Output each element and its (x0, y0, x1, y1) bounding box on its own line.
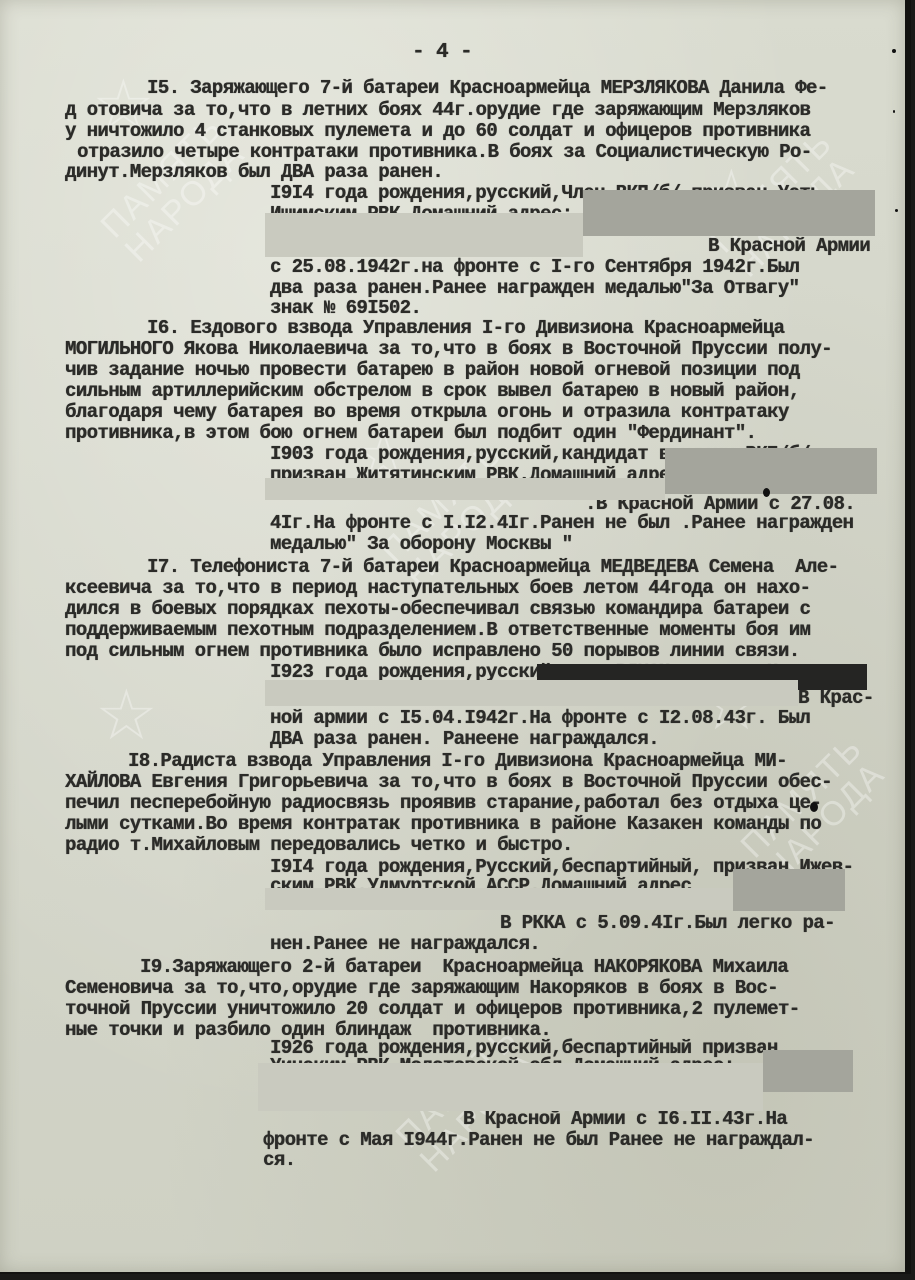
entry-line: отразило четыре контратаки противника.В … (77, 142, 812, 163)
bio-line: В РККА с 5.09.4Iг.Был легко ра- (500, 913, 835, 934)
bio-line: ДВА раза ранен. Ранеене награждался. (270, 729, 659, 750)
entry-line: I9.Заряжающего 2-й батареи Красноармейца… (140, 957, 788, 978)
bio-line: В Крас- (798, 688, 874, 709)
entry-line: I6. Ездового взвода Управления I-го Диви… (147, 318, 784, 339)
page-number: - 4 - (412, 42, 472, 63)
redacted-address (798, 664, 867, 690)
redacted-address (265, 680, 798, 706)
ink-speck (810, 802, 818, 812)
entry-line: I8.Радиста взвода Управления I-го Дивизи… (128, 751, 787, 772)
bio-line: нен.Ранее не награждался. (270, 934, 540, 955)
bio-line: В Красной Армии с I6.II.43г.На (463, 1109, 787, 1130)
entry-line: печил песперебойную радиосвязь проявив с… (65, 793, 821, 814)
redacted-address (665, 448, 877, 494)
entry-line: точной Пруссии уничтожило 20 солдат и оф… (65, 999, 800, 1020)
bio-line: знак № 69I502. (270, 298, 421, 319)
redacted-address (265, 888, 745, 910)
entry-line: чив задание ночью провести батарею в рай… (65, 360, 800, 381)
entry-line: Семеновича за то,что,орудие где заряжающ… (65, 978, 778, 999)
ink-speck (763, 488, 770, 497)
bio-line: ной армии с I5.04.I942г.На фронте с I2.0… (270, 708, 810, 729)
bio-line: два раза ранен.Ранее награжден медалью"З… (270, 278, 799, 299)
redacted-address (265, 478, 665, 500)
entry-line: д отовича за то,что в летних боях 44г.ор… (65, 100, 810, 121)
bio-line: 4Iг.На фронте с I.I2.4Iг.Ранен не был .Р… (270, 513, 853, 534)
entry-line: поддерживаемым пехотным подразделением.В… (65, 620, 810, 641)
entry-line: динут.Мерзляков был ДВА раза ранен. (65, 162, 443, 183)
entry-line: лыми сутками.Во время контратак противни… (65, 814, 821, 835)
bio-line: с 25.08.1942г.на фронте с I-го Сентября … (270, 257, 799, 278)
redacted-address (265, 213, 583, 257)
bio-line: медалью" За оборону Москвы " (270, 534, 572, 555)
ink-speck (892, 49, 896, 53)
redacted-address (763, 1050, 853, 1092)
entry-line: благодаря чему батарея во время открыла … (65, 402, 789, 423)
ink-speck (893, 110, 895, 113)
redacted-address (258, 1063, 763, 1111)
document-page: ☆ ПАМЯТЬ НАРОДА ☆ ПАМЯТЬ НАРОДА ☆ ПАМЯТЬ… (0, 0, 911, 1274)
ink-speck (895, 209, 898, 212)
entry-line: дился в боевых порядках пехоты-обеспечив… (65, 599, 810, 620)
bio-line: В Красной Армии (708, 236, 870, 257)
entry-line: у ничтожило 4 станковых пулемета и до 60… (65, 121, 810, 142)
bio-line: фронте с Мая I944г.Ранен не был Ранее не… (263, 1130, 814, 1151)
entry-line: I5. Заряжающего 7-й батареи Красноармейц… (147, 78, 828, 99)
entry-line: ХАЙЛОВА Евгения Григорьевича за то,что в… (65, 772, 832, 793)
star-watermark-icon: ☆ (95, 680, 165, 750)
redacted-address (733, 869, 845, 911)
entry-line: I7. Телефониста 7-й батареи Красноармейц… (147, 557, 838, 578)
bio-line: ся. (263, 1150, 295, 1171)
entry-line: сильным артиллерийским обстрелом в срок … (65, 381, 800, 402)
entry-line: МОГИЛЬНОГО Якова Николаевича за то,что в… (65, 339, 832, 360)
entry-line: противника,в этом бою огнем батареи был … (65, 423, 756, 444)
entry-line: ксеевича за то,что в период наступательн… (65, 578, 810, 599)
redacted-address (583, 190, 875, 236)
entry-line: под сильным огнем противника было исправ… (65, 641, 800, 662)
entry-line: радио т.Михайловым передовались четко и … (65, 835, 573, 856)
